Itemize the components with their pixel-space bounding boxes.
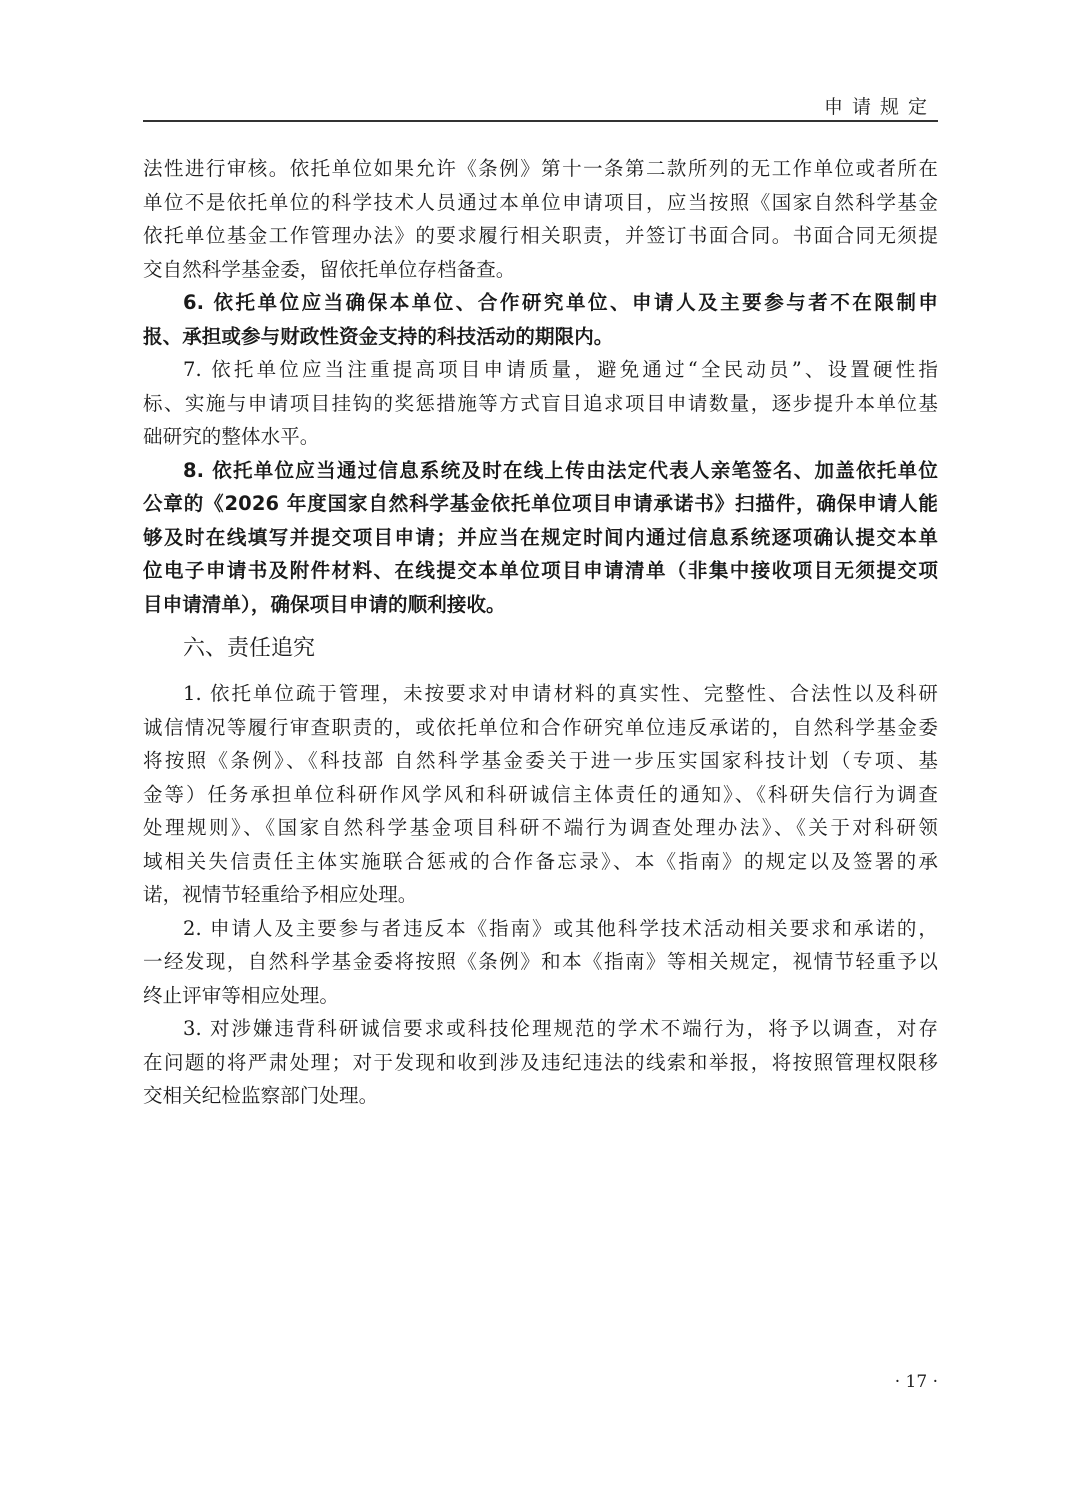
paragraph-item-6: 6. 依托单位应当确保本单位、合作研究单位、申请人及主要参与者不在限制申 报、承…: [143, 286, 938, 353]
text-line: 一经发现，自然科学基金委将按照《条例》和本《指南》等相关规定，视情节轻重予以: [143, 945, 938, 979]
text-line: 终止评审等相应处理。: [143, 979, 938, 1013]
text-line: 位电子申请书及附件材料、在线提交本单位项目申请清单（非集中接收项目无须提交项: [143, 554, 938, 588]
section-item-2: 2. 申请人及主要参与者违反本《指南》或其他科学技术活动相关要求和承诺的， 一经…: [143, 912, 938, 1013]
paragraph-continued: 法性进行审核。依托单位如果允许《条例》第十一条第二款所列的无工作单位或者所在 单…: [143, 152, 938, 286]
text-line: 目申请清单），确保项目申请的顺利接收。: [143, 588, 938, 622]
text-line: 础研究的整体水平。: [143, 420, 938, 454]
text-line: 够及时在线填写并提交项目申请；并应当在规定时间内通过信息系统逐项确认提交本单: [143, 521, 938, 555]
text-line: 诺，视情节轻重给予相应处理。: [143, 878, 938, 912]
text-line: 1. 依托单位疏于管理，未按要求对申请材料的真实性、完整性、合法性以及科研: [143, 677, 938, 711]
text-line: 6. 依托单位应当确保本单位、合作研究单位、申请人及主要参与者不在限制申: [143, 286, 938, 320]
text-line: 在问题的将严肃处理；对于发现和收到涉及违纪违法的线索和举报，将按照管理权限移: [143, 1046, 938, 1080]
section-item-3: 3. 对涉嫌违背科研诚信要求或科技伦理规范的学术不端行为，将予以调查，对存 在问…: [143, 1012, 938, 1113]
text-line: 金等）任务承担单位科研作风学风和科研诚信主体责任的通知》、《科研失信行为调查: [143, 778, 938, 812]
paragraph-item-7: 7. 依托单位应当注重提高项目申请质量，避免通过“全民动员”、设置硬性指 标、实…: [143, 353, 938, 454]
text-line: 域相关失信责任主体实施联合惩戒的合作备忘录》、本《指南》的规定以及签署的承: [143, 845, 938, 879]
text-line: 单位不是依托单位的科学技术人员通过本单位申请项目，应当按照《国家自然科学基金: [143, 186, 938, 220]
section-item-1: 1. 依托单位疏于管理，未按要求对申请材料的真实性、完整性、合法性以及科研 诚信…: [143, 677, 938, 912]
text-line: 交自然科学基金委，留依托单位存档备查。: [143, 253, 938, 287]
text-line: 7. 依托单位应当注重提高项目申请质量，避免通过“全民动员”、设置硬性指: [143, 353, 938, 387]
text-line: 标、实施与申请项目挂钩的奖惩措施等方式盲目追求项目申请数量，逐步提升本单位基: [143, 387, 938, 421]
header-title: 申请规定: [824, 92, 936, 119]
running-header: 申请规定: [143, 92, 938, 122]
text-line: 公章的《2026 年度国家自然科学基金依托单位项目申请承诺书》扫描件，确保申请人…: [143, 487, 938, 521]
header-rule: [143, 120, 938, 122]
text-line: 8. 依托单位应当通过信息系统及时在线上传由法定代表人亲笔签名、加盖依托单位: [143, 454, 938, 488]
document-body: 法性进行审核。依托单位如果允许《条例》第十一条第二款所列的无工作单位或者所在 单…: [143, 152, 938, 1113]
text-line: 处理规则》、《国家自然科学基金项目科研不端行为调查处理办法》、《关于对科研领: [143, 811, 938, 845]
text-line: 依托单位基金工作管理办法》的要求履行相关职责，并签订书面合同。书面合同无须提: [143, 219, 938, 253]
text-line: 3. 对涉嫌违背科研诚信要求或科技伦理规范的学术不端行为，将予以调查，对存: [143, 1012, 938, 1046]
text-line: 交相关纪检监察部门处理。: [143, 1079, 938, 1113]
text-line: 将按照《条例》、《科技部 自然科学基金委关于进一步压实国家科技计划（专项、基: [143, 744, 938, 778]
page-number: · 17 ·: [895, 1372, 938, 1392]
section-heading: 六、责任追究: [143, 623, 938, 671]
paragraph-item-8: 8. 依托单位应当通过信息系统及时在线上传由法定代表人亲笔签名、加盖依托单位 公…: [143, 454, 938, 622]
text-line: 诚信情况等履行审查职责的，或依托单位和合作研究单位违反承诺的，自然科学基金委: [143, 711, 938, 745]
text-line: 法性进行审核。依托单位如果允许《条例》第十一条第二款所列的无工作单位或者所在: [143, 152, 938, 186]
text-line: 报、承担或参与财政性资金支持的科技活动的期限内。: [143, 320, 938, 354]
text-line: 2. 申请人及主要参与者违反本《指南》或其他科学技术活动相关要求和承诺的，: [143, 912, 938, 946]
